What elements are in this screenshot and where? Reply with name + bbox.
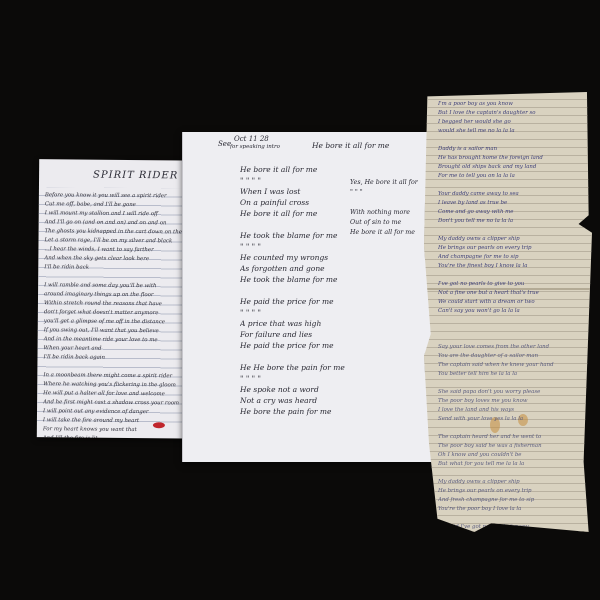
lyric-line xyxy=(438,514,586,523)
lyric-line: " " " " xyxy=(240,241,345,252)
lyric-column-1: He bore it all for me " " " " When I was… xyxy=(240,164,345,417)
lyric-line: I leave by land as true be xyxy=(438,199,586,208)
lyric-line xyxy=(438,271,586,280)
lyric-line: For me to tell you on la la la xyxy=(438,172,586,181)
lyric-line: Brought old ships back and my land xyxy=(438,163,586,172)
lyric-line: For failure and lies xyxy=(240,329,345,340)
lyric-line: Come and go away with me xyxy=(438,208,586,217)
lyric-line xyxy=(240,285,345,296)
lyric-line: He He bore the pain for me xyxy=(240,362,345,373)
lyric-line: I've got no pearls to give to you xyxy=(438,280,586,289)
lyric-line: With nothing more xyxy=(350,208,418,218)
lyric-line: Don't you tell me no la la la xyxy=(438,217,586,226)
red-ink-mark xyxy=(153,422,165,428)
lyric-line: The poor boy said he was a fisherman xyxy=(438,442,586,451)
header-date: Oct 11 28 xyxy=(234,135,269,143)
lyric-line: Your daddy came away to sea xyxy=(438,190,586,199)
lyric-line: My daddy owns a clipper ship xyxy=(438,235,586,244)
lyric-line: A price that was high xyxy=(240,318,345,329)
lyric-line: When I was lost xyxy=(240,186,345,197)
lyric-line: And champagne for me to sip xyxy=(438,253,586,262)
lyric-column-2: Yes, He bore it all for " " " With nothi… xyxy=(350,178,418,238)
lyric-line: My daddy owns a clipper ship xyxy=(438,478,586,487)
lyric-line: He counted my wrongs xyxy=(240,252,345,263)
lyric-line: " " " xyxy=(350,188,418,198)
lyric-line xyxy=(438,469,586,478)
lyric-line: I love the land and his ways xyxy=(438,406,586,415)
lyric-lines: I'm a poor boy as you know But I love th… xyxy=(438,100,586,532)
lyric-line: You better tell him he la la la xyxy=(438,370,586,379)
lyric-line: He has brought home the foreign land xyxy=(438,154,586,163)
lyric-line: Yes, He bore it all for xyxy=(350,178,418,188)
lyric-line xyxy=(438,226,586,235)
lyric-line: Daddy is a sailor man xyxy=(438,145,586,154)
lyric-line: On a painful cross xyxy=(240,197,345,208)
lyric-line: He bore it all for me xyxy=(350,228,418,238)
lyric-line: The captain said when he knew your hand xyxy=(438,361,586,370)
lyric-line: But I love the captain's daughter so xyxy=(438,109,586,118)
lyric-line: He brings our pearls on every trip xyxy=(438,244,586,253)
lyric-line: He spoke not a word xyxy=(240,384,345,395)
lyric-line: The captain heard her and he went to xyxy=(438,433,586,442)
lyric-line: Not a cry was heard xyxy=(240,395,345,406)
lyric-line: He bore it all for me xyxy=(240,208,345,219)
lyric-line: " " " " xyxy=(240,373,345,384)
lyric-line: " " " " xyxy=(240,307,345,318)
lyric-line: As forgotten and gone xyxy=(240,263,345,274)
lyric-line: You're the poor boy I love la la xyxy=(438,505,586,514)
sheet-title: SPIRIT RIDER xyxy=(93,170,178,182)
lyric-line: He said I've got no pearls for you xyxy=(438,523,586,532)
lyric-line: He took the blame for me xyxy=(240,274,345,285)
lyric-line: The poor boy loves me you know xyxy=(438,397,586,406)
lyric-sheet-he-bore-it-all: See Oct 11 28 for speaking intro He bore… xyxy=(182,132,432,462)
lyric-line: And fresh champagne for me to sip xyxy=(438,496,586,505)
header-subtitle: for speaking intro xyxy=(230,144,280,150)
lyric-line: I begged her would she go xyxy=(438,118,586,127)
lyric-line xyxy=(350,198,418,208)
lyric-line: He bore it all for me xyxy=(240,164,345,175)
lyric-line: You are the daughter of a sailor man xyxy=(438,352,586,361)
lyric-line: He bore the pain for me xyxy=(240,406,345,417)
lyric-line: I'm a poor boy as you know xyxy=(438,100,586,109)
lyric-line: Oh I know and you couldn't be xyxy=(438,451,586,460)
lyric-line: Send with your love yes la la la xyxy=(438,415,586,424)
sheet-title: He bore it all for me xyxy=(312,141,389,150)
lyric-sheet-clipper-ship: I'm a poor boy as you know But I love th… xyxy=(424,92,592,532)
lyric-line: Not a fine one but a heart that's true xyxy=(438,289,586,298)
lyric-line xyxy=(438,424,586,433)
lyric-line xyxy=(438,316,586,325)
lyric-line xyxy=(438,181,586,190)
lyric-line: He paid the price for me xyxy=(240,340,345,351)
lyric-line: We could start with a dream or two xyxy=(438,298,586,307)
lyric-line xyxy=(438,334,586,343)
margin-line xyxy=(182,132,183,462)
lyric-line: You're the finest boy I know la la xyxy=(438,262,586,271)
lyric-line xyxy=(438,325,586,334)
lyric-line xyxy=(438,136,586,145)
lyric-line: He paid the price for me xyxy=(240,296,345,307)
lyric-line xyxy=(438,379,586,388)
lyric-line: He brings our pearls on every trip xyxy=(438,487,586,496)
lyric-line: would she tell me no la la la xyxy=(438,127,586,136)
lyric-line xyxy=(240,351,345,362)
lyric-line: Can't say you won't go la la la xyxy=(438,307,586,316)
lyric-line: But what for you tell me la la la xyxy=(438,460,586,469)
lyric-line: Say your love comes from the other land xyxy=(438,343,586,352)
lyric-line: He took the blame for me xyxy=(240,230,345,241)
lyric-line: Out of sin to me xyxy=(350,218,418,228)
lyric-line: She said papa don't you worry please xyxy=(438,388,586,397)
lyric-line: " " " " xyxy=(240,175,345,186)
lyric-line xyxy=(240,219,345,230)
